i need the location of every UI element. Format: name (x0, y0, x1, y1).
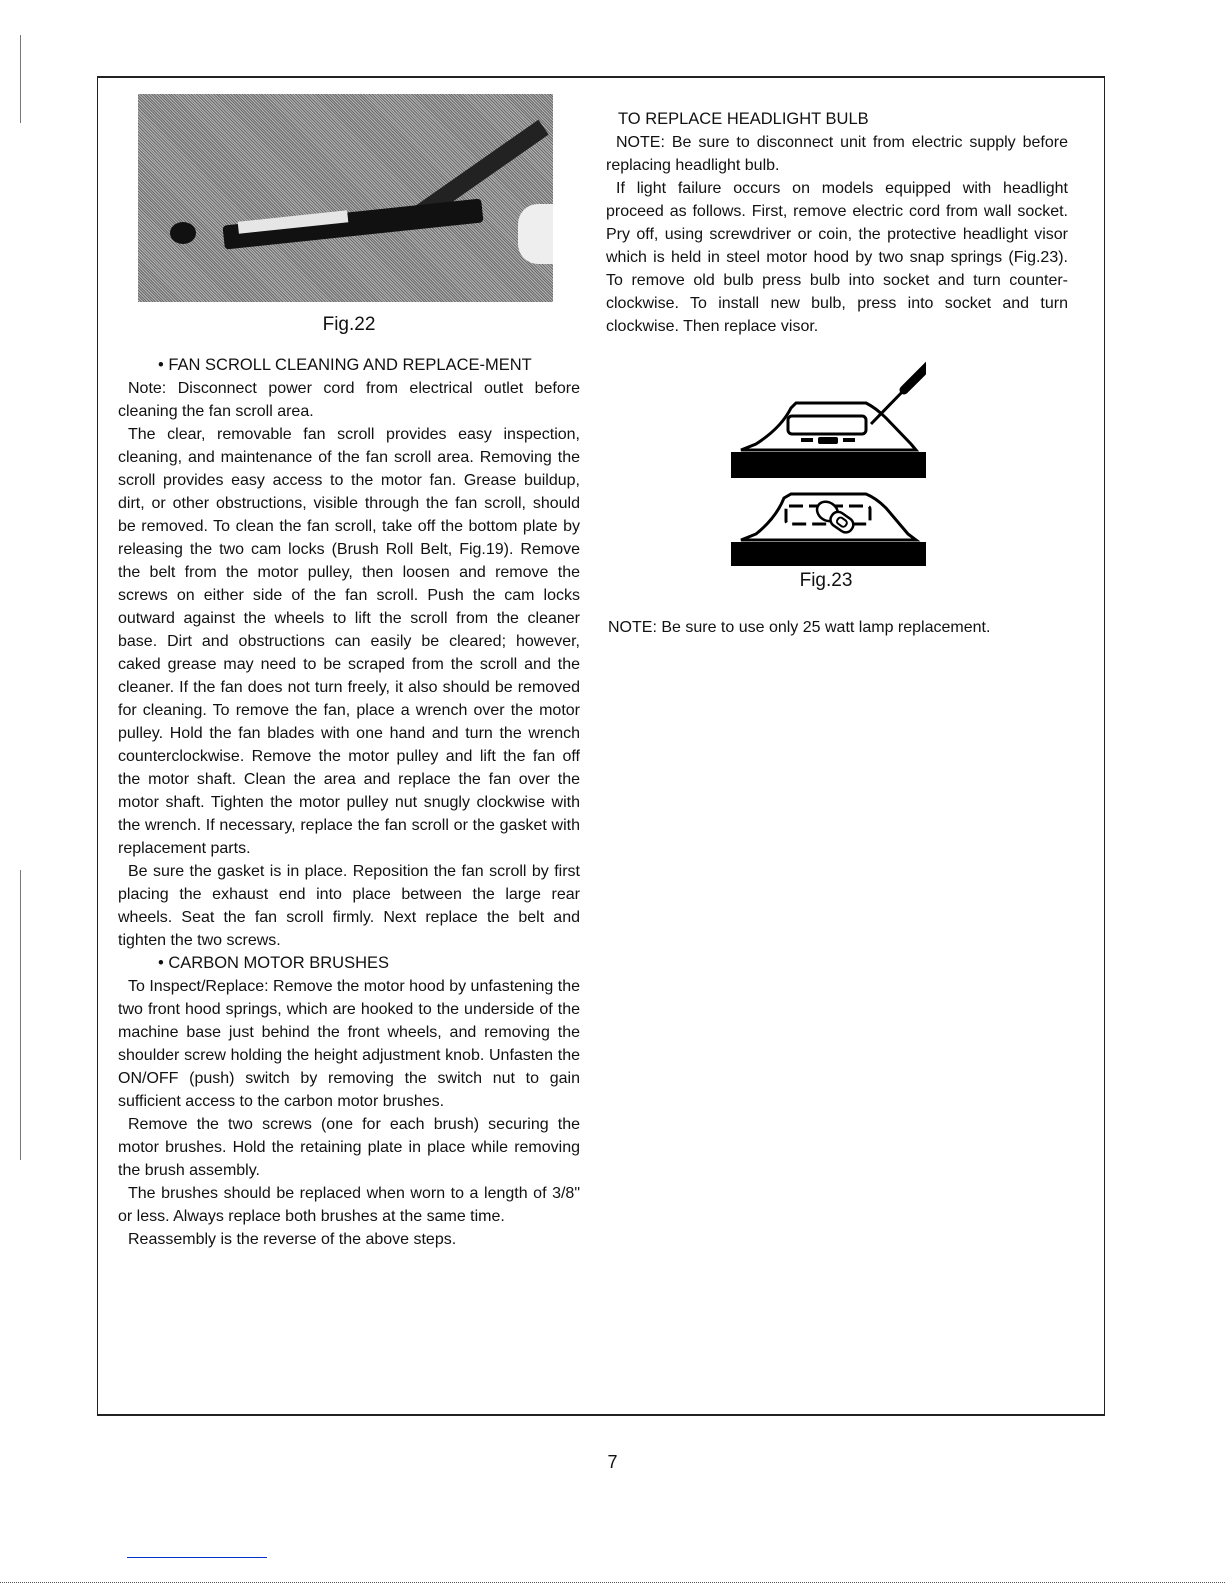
right-column: TO REPLACE HEADLIGHT BULB NOTE: Be sure … (606, 108, 1068, 639)
figure-23-caption: Fig.23 (726, 570, 926, 592)
headlight-instructions: If light failure occurs on models equipp… (606, 177, 1068, 338)
visor-removal-icon (726, 358, 926, 568)
left-column: Fig.22 • FAN SCROLL CLEANING AND REPLACE… (118, 94, 580, 1251)
fan-scroll-instructions: The clear, removable fan scroll provides… (118, 423, 580, 860)
figure-22-photo (138, 94, 553, 302)
page-number: 7 (0, 1452, 1225, 1473)
carbon-brushes-inspect: To Inspect/Replace: Remove the motor hoo… (118, 975, 580, 1113)
carbon-brushes-remove: Remove the two screws (one for each brus… (118, 1113, 580, 1182)
hand-graphic (518, 204, 553, 264)
fan-scroll-heading: • FAN SCROLL CLEANING AND REPLACE-MENT (130, 354, 580, 377)
pulley-nut-graphic (170, 222, 196, 244)
page-margin-line-bottom (20, 870, 21, 1160)
hyperlink-underline[interactable] (127, 1557, 267, 1558)
figure-23-diagram: Fig.23 (726, 358, 926, 592)
carbon-brushes-replace: The brushes should be replaced when worn… (118, 1182, 580, 1228)
page-margin-line-top (20, 35, 21, 123)
carbon-brushes-heading: • CARBON MOTOR BRUSHES (130, 952, 580, 975)
page-break-line (0, 1582, 1225, 1583)
headlight-note: NOTE: Be sure to disconnect unit from el… (606, 131, 1068, 177)
fan-scroll-reposition: Be sure the gasket is in place. Repositi… (118, 860, 580, 952)
headlight-heading: TO REPLACE HEADLIGHT BULB (606, 108, 1068, 131)
fan-scroll-note: Note: Disconnect power cord from electri… (118, 377, 580, 423)
lamp-wattage-note: NOTE: Be sure to use only 25 watt lamp r… (606, 616, 1068, 639)
carbon-brushes-reassembly: Reassembly is the reverse of the above s… (118, 1228, 580, 1251)
figure-22-caption: Fig.22 (118, 314, 580, 336)
